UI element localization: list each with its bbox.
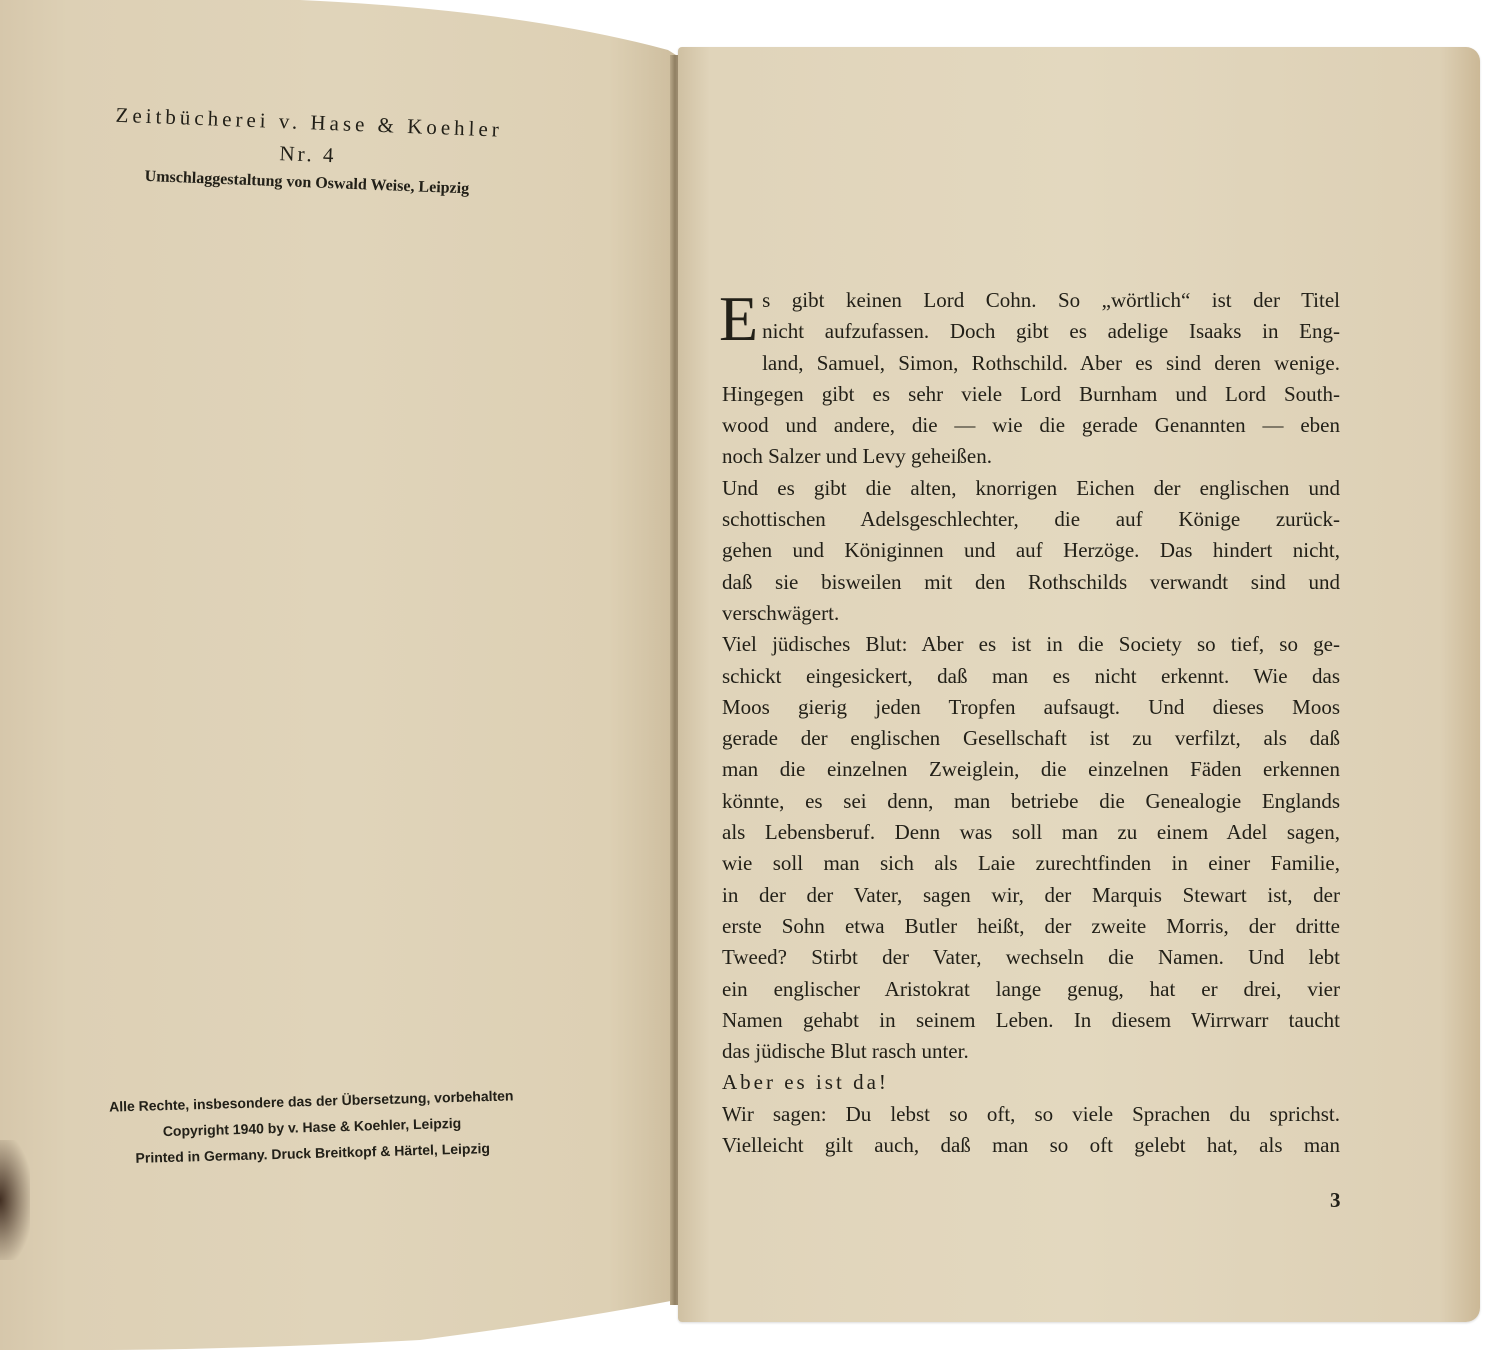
text-line: wood und andere, die — wie die gerade Ge… xyxy=(722,410,1340,441)
open-book: Zeitbücherei v. Hase & Koehler Nr. 4 Ums… xyxy=(0,0,1491,1360)
text-line: noch Salzer und Levy geheißen. xyxy=(722,441,1340,472)
text-line: Wir sagen: Du lebst so oft, so viele Spr… xyxy=(722,1099,1340,1130)
page-number: 3 xyxy=(1330,1188,1341,1213)
copyright-imprint: Alle Rechte, insbesondere das der Überse… xyxy=(71,1081,553,1172)
text-line: verschwägert. xyxy=(722,598,1340,629)
text-line: Viel jüdisches Blut: Aber es ist in die … xyxy=(722,629,1340,660)
series-imprint: Zeitbücherei v. Hase & Koehler Nr. 4 Ums… xyxy=(67,98,550,204)
paragraph-2: Und es gibt die alten, knorrigen Eichen … xyxy=(722,473,1340,629)
text-line: ein englischer Aristokrat lange genug, h… xyxy=(722,974,1340,1005)
text-line: Moos gierig jeden Tropfen aufsaugt. Und … xyxy=(722,692,1340,723)
text-line: könnte, es sei denn, man betriebe die Ge… xyxy=(722,786,1340,817)
left-page: Zeitbücherei v. Hase & Koehler Nr. 4 Ums… xyxy=(0,0,676,1350)
text-line: Und es gibt die alten, knorrigen Eichen … xyxy=(722,473,1340,504)
text-line: man die einzelnen Zweiglein, die einzeln… xyxy=(722,754,1340,785)
text-line: daß sie bisweilen mit den Rothschilds ve… xyxy=(722,567,1340,598)
text-line: als Lebensberuf. Denn was soll man zu ei… xyxy=(722,817,1340,848)
body-text: E s gibt keinen Lord Cohn. So „wörtlich“… xyxy=(722,285,1340,1161)
text-line: gehen und Königinnen und auf Herzöge. Da… xyxy=(722,535,1340,566)
text-line: das jüdische Blut rasch unter. xyxy=(722,1036,1340,1067)
text-line: nicht aufzufassen. Doch gibt es adelige … xyxy=(722,316,1340,347)
text-line: land, Samuel, Simon, Rothschild. Aber es… xyxy=(722,348,1340,379)
text-line: Hingegen gibt es sehr viele Lord Burnham… xyxy=(722,379,1340,410)
paragraph-1: E s gibt keinen Lord Cohn. So „wörtlich“… xyxy=(722,285,1340,473)
text-line: gerade der englischen Gesellschaft ist z… xyxy=(722,723,1340,754)
paragraph-5: Wir sagen: Du lebst so oft, so viele Spr… xyxy=(722,1099,1340,1162)
text-line: wie soll man sich als Laie zurechtfinden… xyxy=(722,848,1340,879)
text-line: Vielleicht gilt auch, daß man so oft gel… xyxy=(722,1130,1340,1161)
paragraph-3: Viel jüdisches Blut: Aber es ist in die … xyxy=(722,629,1340,1067)
text-line: Aber es ist da! xyxy=(722,1067,1340,1098)
paragraph-4: Aber es ist da! xyxy=(722,1067,1340,1098)
text-line: schottischen Adelsgeschlechter, die auf … xyxy=(722,504,1340,535)
text-line: erste Sohn etwa Butler heißt, der zweite… xyxy=(722,911,1340,942)
text-line: Namen gehabt in seinem Leben. In diesem … xyxy=(722,1005,1340,1036)
drop-cap: E xyxy=(719,291,758,349)
text-line: schickt eingesickert, daß man es nicht e… xyxy=(722,661,1340,692)
text-line: s gibt keinen Lord Cohn. So „wörtlich“ i… xyxy=(722,285,1340,316)
text-line: in der der Vater, sagen wir, der Marquis… xyxy=(722,880,1340,911)
text-line: Tweed? Stirbt der Vater, wechseln die Na… xyxy=(722,942,1340,973)
